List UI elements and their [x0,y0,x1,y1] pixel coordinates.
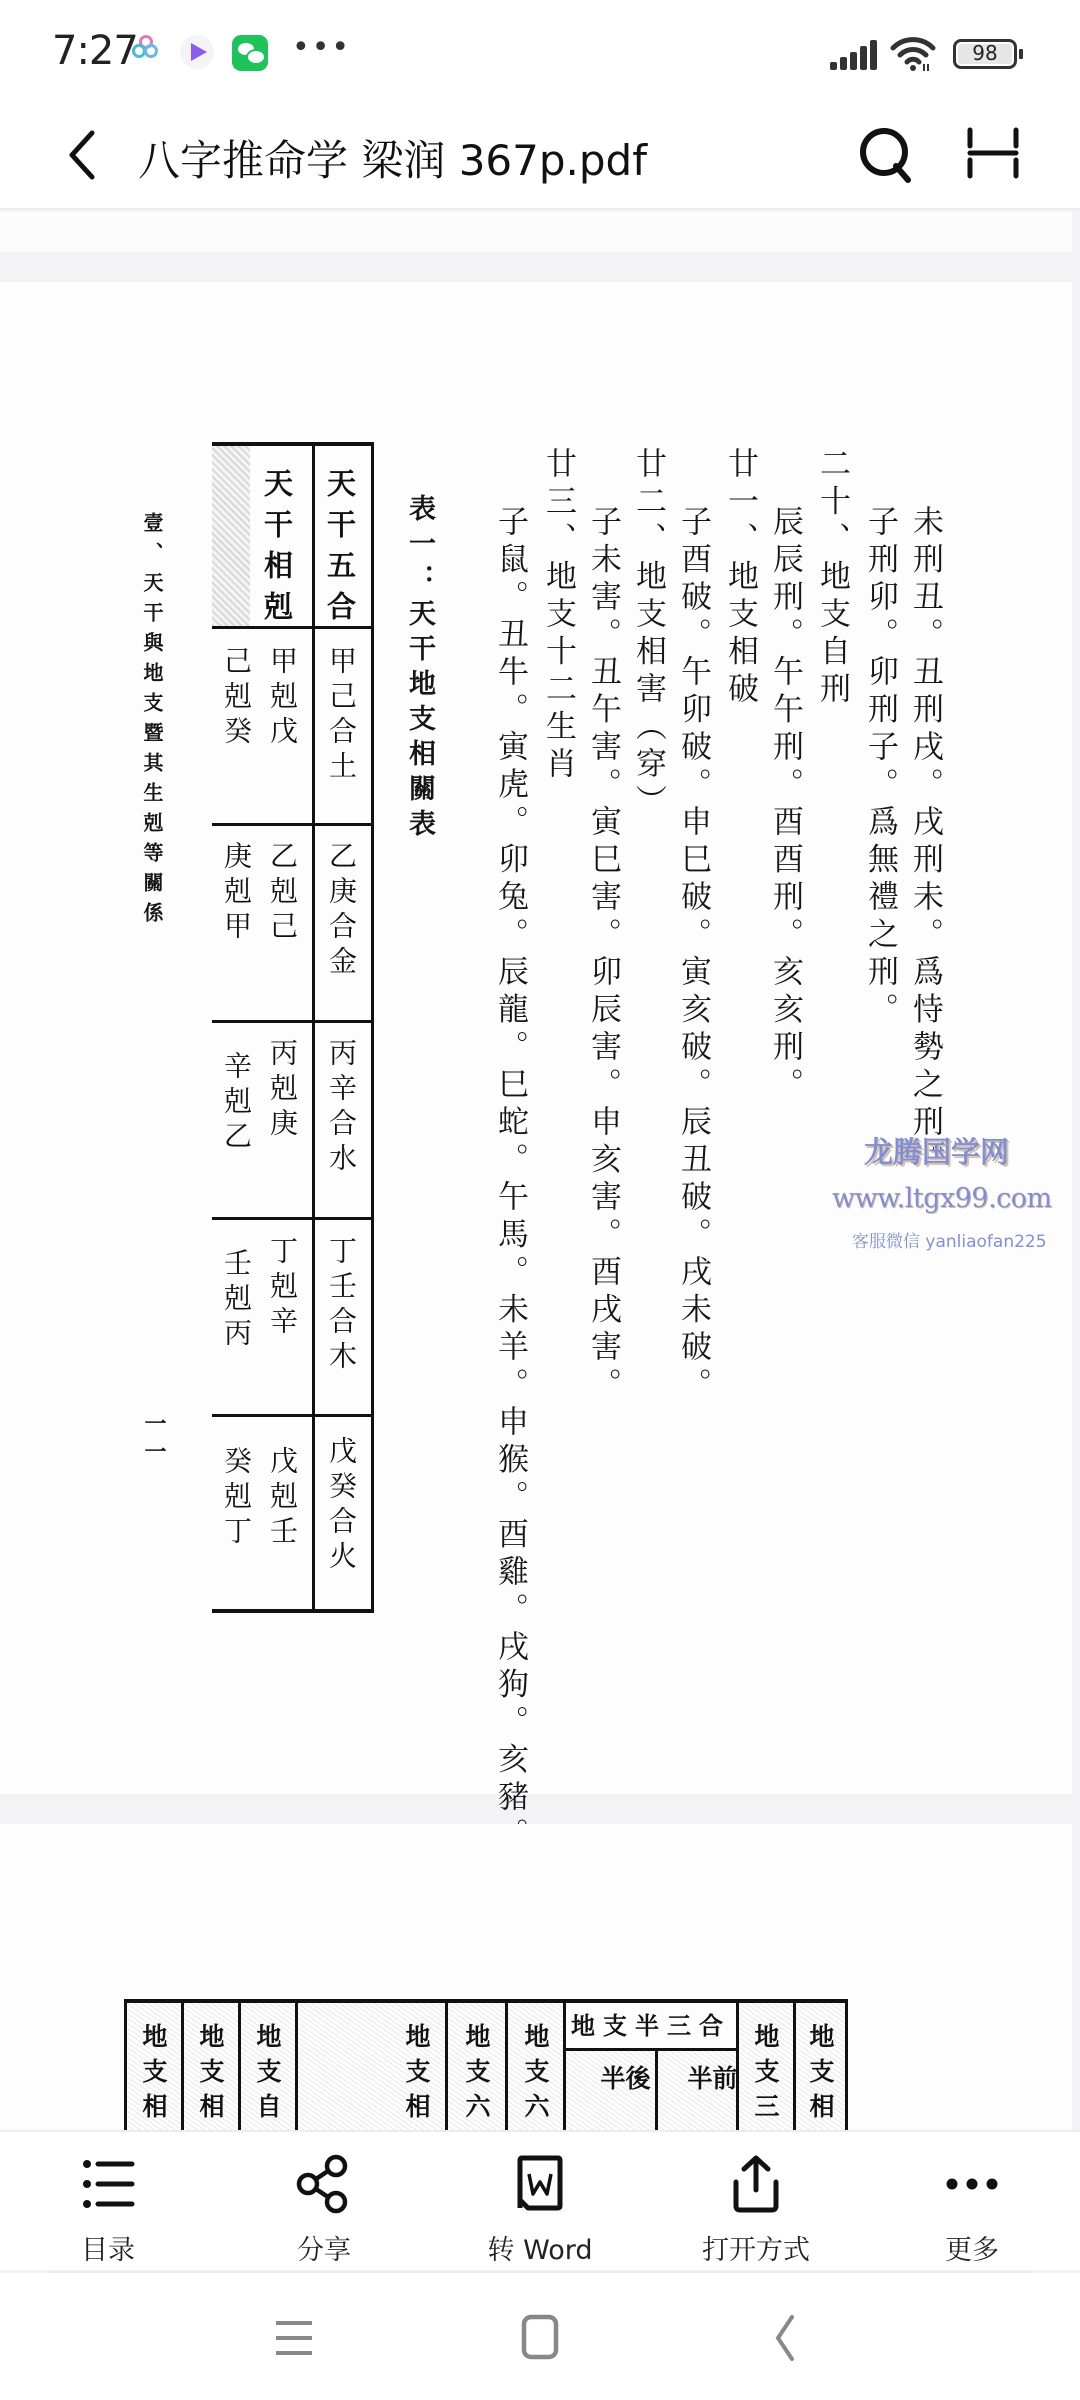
pdf-page: 未刑丑。丑刑戌。戌刑未。爲恃勢之刑。 子刑卯。卯刑子。爲無禮之刑。 二十、地支自… [0,282,1072,1794]
battery-indicator: 98 [953,39,1017,69]
table-cell: 丁壬合木 [327,1236,355,1376]
word-convert-icon [510,2154,570,2214]
cloud-sync-icon [132,35,160,69]
nav-menu-button[interactable] [264,2313,324,2363]
share-button[interactable]: 分享 [244,2144,404,2264]
table-header: 地支自 [255,2023,280,2128]
page-layout-button[interactable] [966,126,1020,180]
table-header: 地支相 [404,2023,429,2128]
nav-back-button[interactable] [756,2313,816,2363]
table-cell: 乙庚合金 [327,841,355,981]
table-header: 後半 [599,2065,649,2131]
status-bar: 7:27 ••• 98 [0,0,1080,100]
open-with-label: 打开方式 [676,2228,836,2267]
table-merged-header: 地支半三合 [566,2003,739,2051]
document-title: 八字推命学 梁润 367p.pdf [138,128,647,188]
table-header: 地支相 [141,2023,166,2128]
table-header: 地支六 [464,2023,489,2128]
section-heading: 廿一、地支相破 [724,447,755,710]
table-cell: 丙辛合水 [327,1038,355,1178]
section-heading: 二十、地支自刑 [816,447,847,710]
share-label: 分享 [244,2228,404,2267]
video-play-icon [180,35,214,69]
watermark-site-name: 龙腾国学网 [864,1130,1009,1171]
table-header: 前半 [686,2065,736,2131]
search-button[interactable] [856,122,916,186]
bottom-toolbar: 目录 分享 转 Word 打开方式 更多 [0,2130,1080,2270]
wechat-icon [232,35,268,71]
table-cell: 庚剋甲 [222,841,250,946]
watermark-url: www.ltgx99.com [832,1183,1052,1214]
table-cell: 戊癸合火 [327,1436,355,1576]
table-cell: 丙剋庚 [268,1038,296,1143]
open-with-icon [726,2154,786,2214]
table-cell: 己剋癸 [222,646,250,751]
body-line: 子未害。丑午害。寅巳害。卯辰害。申亥害。酉戌害。 [587,505,618,1405]
table-cell: 壬剋丙 [222,1248,250,1353]
convert-word-button[interactable]: 转 Word [460,2144,620,2264]
share-icon [294,2154,354,2214]
body-line: 子酉破。午卯破。申巳破。寅亥破。辰丑破。戌未破。 [677,505,708,1405]
body-line: 未刑丑。丑刑戌。戌刑未。爲恃勢之刑。 [909,505,940,1180]
list-icon [78,2154,138,2214]
body-line: 子鼠。丑牛。寅虎。卯兔。辰龍。巳蛇。午馬。未羊。申猴。酉雞。戌狗。亥豬。 [494,505,525,1855]
table-header-clash: 天干相剋 [262,468,291,632]
body-line: 子刑卯。卯刑子。爲無禮之刑。 [864,505,895,1030]
pdf-viewer[interactable]: 未刑丑。丑刑戌。戌刑未。爲恃勢之刑。 子刑卯。卯刑子。爲無禮之刑。 二十、地支自… [0,212,1080,2130]
previous-page [0,212,1072,252]
stems-relation-table: 天干五合 天干相剋 甲己合土 甲剋戊 己剋癸 乙庚合金 乙剋己 庚剋甲 丙辛合水… [212,442,374,1613]
nav-home-button[interactable] [510,2313,570,2363]
table-cell: 甲剋戊 [268,646,296,751]
wifi-icon [890,36,936,72]
table-cell: 癸剋丁 [222,1446,250,1551]
table-cell: 戊剋壬 [268,1446,296,1551]
more-notifications-icon: ••• [292,30,351,65]
status-time: 7:27 [52,28,138,74]
table-cell: 甲己合土 [327,646,355,786]
table-cell: 辛剋乙 [222,1051,250,1156]
branches-relation-table: 地支相 地支相 地支自 地支相 地支六 地支六 地支半三合 後半 前半 地支三 … [124,1999,848,2131]
watermark-contact: 客服微信 yanliaofan225 [852,1227,1047,1252]
table-header: 地支三 [753,2023,778,2128]
table-header: 地支六 [523,2023,548,2128]
table-cell: 乙剋己 [268,841,296,946]
more-icon [942,2154,1002,2214]
toc-label: 目录 [28,2228,188,2267]
open-with-button[interactable]: 打开方式 [676,2144,836,2264]
page-number: 一一 [142,1412,164,1468]
running-head: 壹、天干與地支暨其生剋等關係 [142,512,162,932]
back-button[interactable] [58,125,108,185]
more-label: 更多 [892,2228,1052,2267]
table-header-combine: 天干五合 [325,468,354,632]
body-line: 辰辰刑。午午刑。酉酉刑。亥亥刑。 [769,505,800,1105]
system-navbar [0,2273,1080,2400]
table-header: 地支相 [808,2023,833,2128]
app-header: 八字推命学 梁润 367p.pdf [0,100,1080,210]
convert-word-label: 转 Word [460,2228,620,2267]
signal-icon [830,40,880,70]
table-caption: 表一：天干地支相關表 [406,494,433,844]
toc-button[interactable]: 目录 [28,2144,188,2264]
table-cell: 丁剋辛 [268,1236,296,1341]
section-heading: 廿二、地支相害（穿） [632,447,663,822]
section-heading: 廿三、地支十二生肖 [542,447,573,785]
more-button[interactable]: 更多 [892,2144,1052,2264]
table-header: 地支相 [198,2023,223,2128]
